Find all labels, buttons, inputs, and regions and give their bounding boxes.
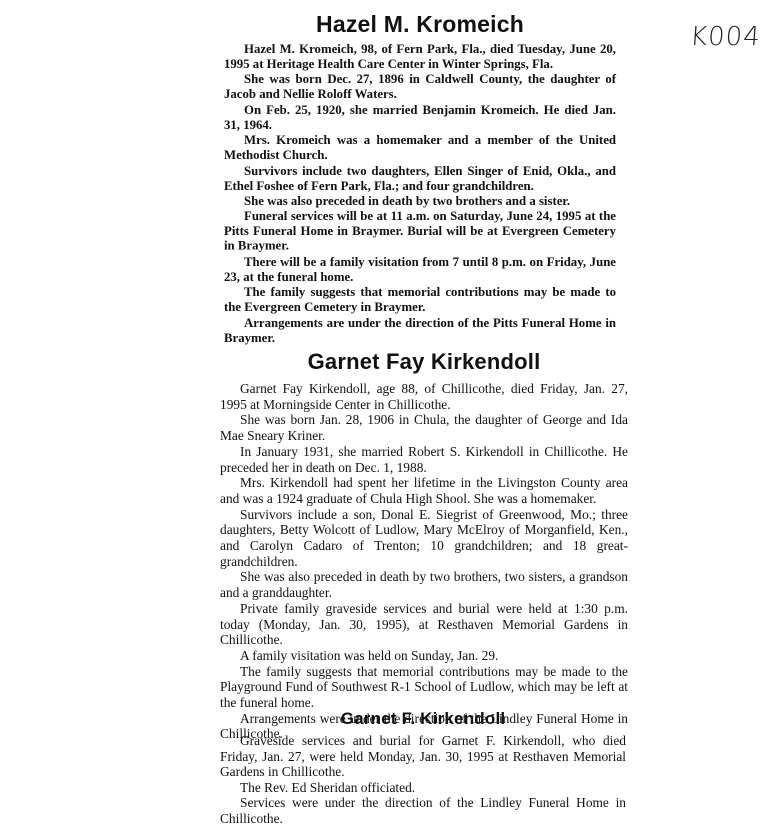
obituary-paragraph: Services were under the direction of the… xyxy=(220,795,626,826)
obituary-paragraph: The family suggests that memorial contri… xyxy=(224,286,616,316)
obituary-heading: Hazel M. Kromeich xyxy=(224,8,616,40)
obituary-paragraph: Graveside services and burial for Garnet… xyxy=(220,733,626,780)
obituary-paragraph: Garnet Fay Kirkendoll, age 88, of Chilli… xyxy=(220,381,628,412)
obituary-paragraph: There will be a family visitation from 7… xyxy=(224,255,616,285)
obituary-paragraph: She was born Jan. 28, 1906 in Chula, the… xyxy=(220,412,628,443)
obituary-paragraph: In January 1931, she married Robert S. K… xyxy=(220,444,628,475)
obituary-paragraph: Mrs. Kromeich was a homemaker and a memb… xyxy=(224,134,616,164)
obituary-paragraph: Funeral services will be at 11 a.m. on S… xyxy=(224,210,616,255)
obituary-paragraph: Arrangements are under the direction of … xyxy=(224,316,616,346)
handwritten-annotation: K004 xyxy=(689,22,760,52)
obituary-hazel-kromeich: Hazel M. Kromeich Hazel M. Kromeich, 98,… xyxy=(224,8,616,346)
obituary-garnet-f-kirkendoll: Garnet F. Kirkendoll Graveside services … xyxy=(220,707,626,826)
obituary-paragraph: The family suggests that memorial contri… xyxy=(220,664,628,711)
obituary-garnet-fay-kirkendoll: Garnet Fay Kirkendoll Garnet Fay Kirkend… xyxy=(220,347,628,742)
obituary-paragraph: Private family graveside services and bu… xyxy=(220,601,628,648)
obituary-paragraph: Survivors include two daughters, Ellen S… xyxy=(224,164,616,194)
obituary-paragraph: She was born Dec. 27, 1896 in Caldwell C… xyxy=(224,73,616,103)
obituary-paragraph: On Feb. 25, 1920, she married Benjamin K… xyxy=(224,103,616,133)
obituary-paragraph: Hazel M. Kromeich, 98, of Fern Park, Fla… xyxy=(224,42,616,72)
obituary-heading: Garnet Fay Kirkendoll xyxy=(220,347,628,377)
obituary-paragraph: Mrs. Kirkendoll had spent her lifetime i… xyxy=(220,475,628,506)
obituary-paragraph: She was also preceded in death by two br… xyxy=(220,569,628,600)
obituary-paragraph: The Rev. Ed Sheridan officiated. xyxy=(220,780,626,796)
obituary-paragraph: She was also preceded in death by two br… xyxy=(224,194,616,209)
obituary-paragraph: Survivors include a son, Donal E. Siegri… xyxy=(220,507,628,570)
obituary-heading: Garnet F. Kirkendoll xyxy=(220,707,626,731)
obituary-paragraph: A family visitation was held on Sunday, … xyxy=(220,648,628,664)
